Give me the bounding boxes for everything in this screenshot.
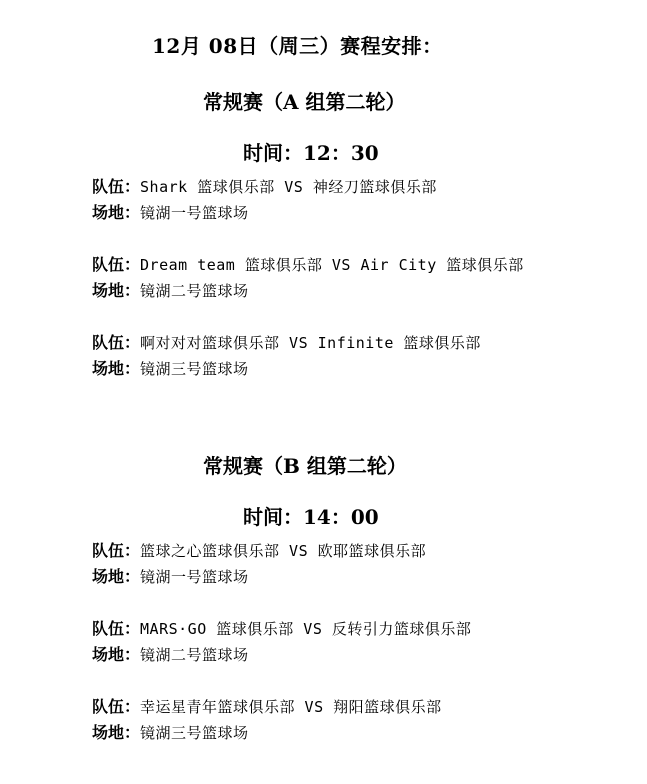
match-venue: 镜湖一号篮球场: [140, 204, 249, 222]
match-teams: MARS·GO 篮球俱乐部 VS 反转引力篮球俱乐部: [140, 620, 471, 638]
match-venue: 镜湖二号篮球场: [140, 282, 249, 300]
match-a3-venue: 场地：镜湖三号篮球场: [92, 356, 249, 382]
match-b3-venue: 场地：镜湖三号篮球场: [92, 720, 249, 746]
match-teams: 幸运星青年篮球俱乐部 VS 翔阳篮球俱乐部: [140, 698, 442, 716]
match-teams: Dream team 篮球俱乐部 VS Air City 篮球俱乐部: [140, 256, 524, 274]
match-teams: 篮球之心篮球俱乐部 VS 欧耶篮球俱乐部: [140, 542, 426, 560]
section-time-a: 时间：12：30: [243, 137, 379, 166]
match-b1-teams: 队伍：篮球之心篮球俱乐部 VS 欧耶篮球俱乐部: [92, 538, 426, 564]
team-label: 队伍：: [92, 333, 140, 352]
match-a1-teams: 队伍：Shark 篮球俱乐部 VS 神经刀篮球俱乐部: [92, 174, 437, 200]
match-venue: 镜湖二号篮球场: [140, 646, 249, 664]
match-b3-teams: 队伍：幸运星青年篮球俱乐部 VS 翔阳篮球俱乐部: [92, 694, 442, 720]
match-a2-teams: 队伍：Dream team 篮球俱乐部 VS Air City 篮球俱乐部: [92, 252, 524, 278]
section-title-a: 常规赛（A 组第二轮）: [203, 86, 405, 115]
match-teams: Shark 篮球俱乐部 VS 神经刀篮球俱乐部: [140, 178, 437, 196]
venue-label: 场地：: [92, 723, 140, 742]
team-label: 队伍：: [92, 177, 140, 196]
section-time-b: 时间：14：00: [243, 501, 379, 530]
match-a1-venue: 场地：镜湖一号篮球场: [92, 200, 249, 226]
venue-label: 场地：: [92, 281, 140, 300]
match-venue: 镜湖三号篮球场: [140, 724, 249, 742]
venue-label: 场地：: [92, 645, 140, 664]
match-b2-venue: 场地：镜湖二号篮球场: [92, 642, 249, 668]
match-venue: 镜湖一号篮球场: [140, 568, 249, 586]
team-label: 队伍：: [92, 541, 140, 560]
match-b2-teams: 队伍：MARS·GO 篮球俱乐部 VS 反转引力篮球俱乐部: [92, 616, 471, 642]
page-title: 12月 08日（周三）赛程安排：: [152, 30, 443, 59]
section-title-b: 常规赛（B 组第二轮）: [203, 450, 407, 479]
team-label: 队伍：: [92, 697, 140, 716]
venue-label: 场地：: [92, 567, 140, 586]
team-label: 队伍：: [92, 255, 140, 274]
venue-label: 场地：: [92, 203, 140, 222]
match-teams: 啊对对对篮球俱乐部 VS Infinite 篮球俱乐部: [140, 334, 481, 352]
match-venue: 镜湖三号篮球场: [140, 360, 249, 378]
match-a2-venue: 场地：镜湖二号篮球场: [92, 278, 249, 304]
venue-label: 场地：: [92, 359, 140, 378]
match-b1-venue: 场地：镜湖一号篮球场: [92, 564, 249, 590]
match-a3-teams: 队伍：啊对对对篮球俱乐部 VS Infinite 篮球俱乐部: [92, 330, 481, 356]
team-label: 队伍：: [92, 619, 140, 638]
